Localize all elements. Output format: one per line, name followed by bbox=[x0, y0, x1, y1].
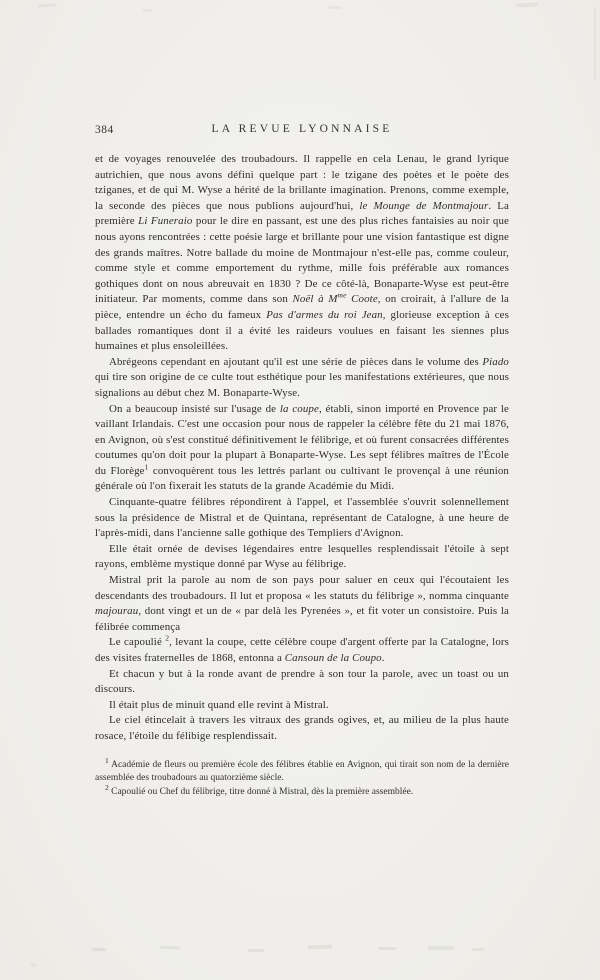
scan-artifact bbox=[516, 3, 538, 8]
scan-artifact bbox=[92, 948, 106, 951]
paragraph: Cinquante-quatre félibres répondirent à … bbox=[95, 495, 509, 542]
paragraph: Il était plus de minuit quand elle revin… bbox=[95, 698, 509, 714]
paragraph: Abrégeons cependant en ajoutant qu'il es… bbox=[95, 355, 509, 402]
paragraph: Elle était ornée de devises légendaires … bbox=[95, 542, 509, 573]
scan-artifact bbox=[38, 3, 56, 7]
footnote: 2 Capoulié ou Chef du félibrige, titre d… bbox=[95, 786, 509, 800]
paragraph: Le capoulié 2, levant la coupe, cette cé… bbox=[95, 635, 509, 666]
scanned-book-page: 384 LA REVUE LYONNAISE et de voyages ren… bbox=[0, 0, 600, 980]
paragraph: Mistral prit la parole au nom de son pay… bbox=[95, 573, 509, 635]
scan-artifact bbox=[142, 9, 152, 12]
scan-artifact bbox=[308, 945, 332, 950]
text-column: 384 LA REVUE LYONNAISE et de voyages ren… bbox=[95, 123, 509, 800]
scan-artifact bbox=[248, 949, 264, 952]
running-header: 384 LA REVUE LYONNAISE bbox=[95, 123, 509, 139]
scan-artifact bbox=[30, 963, 36, 967]
scan-artifact bbox=[594, 8, 596, 80]
paragraph: et de voyages renouvelée des troubadours… bbox=[95, 152, 509, 355]
scan-artifact bbox=[428, 946, 454, 950]
body-text: et de voyages renouvelée des troubadours… bbox=[95, 152, 509, 745]
paragraph: On a beaucoup insisté sur l'usage de la … bbox=[95, 402, 509, 496]
scan-artifact bbox=[160, 946, 180, 950]
scan-artifact bbox=[472, 948, 484, 951]
journal-title: LA REVUE LYONNAISE bbox=[95, 123, 509, 135]
page-number: 384 bbox=[95, 124, 114, 136]
footnote: 1 Académie de fleurs ou première école d… bbox=[95, 759, 509, 787]
paragraph: Le ciel étincelait à travers les vitraux… bbox=[95, 713, 509, 744]
scan-artifact bbox=[328, 6, 342, 10]
footnotes: 1 Académie de fleurs ou première école d… bbox=[95, 759, 509, 800]
scan-artifact bbox=[378, 947, 396, 950]
paragraph: Et chacun y but à la ronde avant de pren… bbox=[95, 667, 509, 698]
